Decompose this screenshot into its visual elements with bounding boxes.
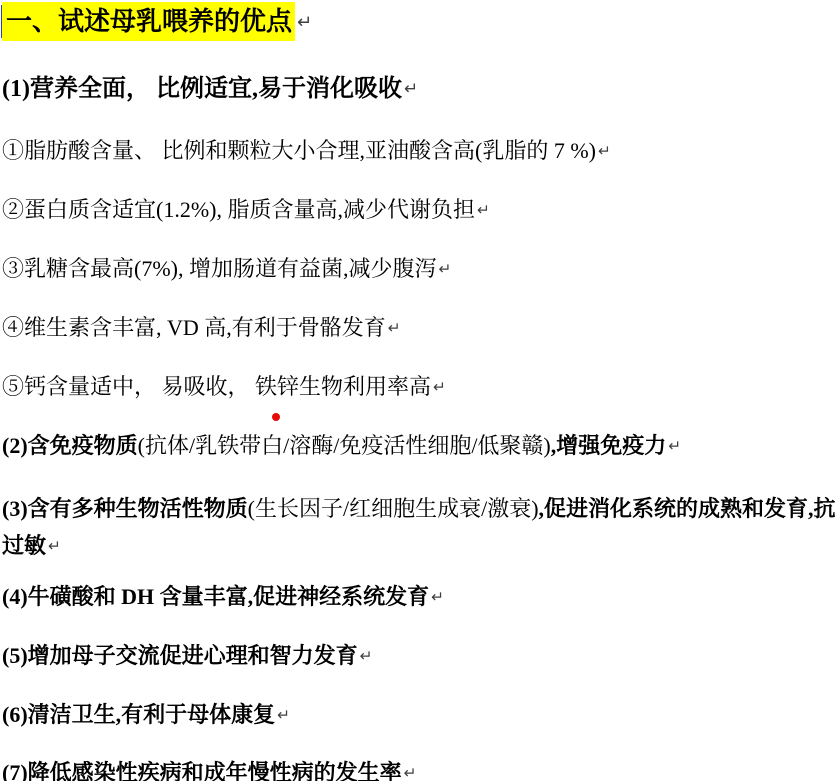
paragraph-mark-icon: ↵ bbox=[431, 378, 446, 396]
paragraph-sub-4: ④维生素含丰富, VD 高,有利于骨骼发育↵ bbox=[2, 313, 838, 343]
paragraph-point-1: (1)营养全面， 比例适宜,易于消化吸收↵ bbox=[2, 72, 838, 105]
text-run: ③乳糖含最高(7%), 增加肠道有益菌,减少腹泻 bbox=[2, 256, 436, 281]
red-dot-annotation bbox=[272, 413, 280, 421]
paragraph-title: 一、试述母乳喂养的优点↵ bbox=[2, 4, 838, 40]
text-run: (4)牛磺酸和 DH 含量丰富,促进神经系统发育 bbox=[2, 584, 429, 609]
text-run: (抗体/乳铁带白/溶酶/免疫活性细胞/低聚赣) bbox=[138, 433, 551, 458]
paragraph-point-3: (3)含有多种生物活性物质(生长因子/红细胞生成衰/激衰),促进消化系统的成熟和… bbox=[2, 490, 838, 565]
paragraph-sub-1: ①脂肪酸含量、 比例和颗粒大小合理,亚油酸含高(乳脂的 7 %)↵ bbox=[2, 136, 838, 166]
paragraph-mark-icon: ↵ bbox=[386, 319, 401, 337]
text-run: (1)营养全面， 比例适宜,易于消化吸收 bbox=[2, 76, 402, 102]
text-run: ,增强免疫力 bbox=[551, 433, 667, 458]
paragraph-mark-icon: ↵ bbox=[358, 647, 373, 665]
paragraph-point-2: (2)含免疫物质(抗体/乳铁带白/溶酶/免疫活性细胞/低聚赣),增强免疫力↵ bbox=[2, 431, 838, 461]
paragraph-sub-5: ⑤钙含量适中， 易吸收， 铁锌生物利用率高↵ bbox=[2, 372, 838, 402]
text-run: (2)含免疫物质 bbox=[2, 433, 138, 458]
text-run: ①脂肪酸含量、 比例和颗粒大小合理,亚油酸含高(乳脂的 7 %) bbox=[2, 138, 596, 163]
paragraph-sub-3: ③乳糖含最高(7%), 增加肠道有益菌,减少腹泻↵ bbox=[2, 254, 838, 284]
paragraph-mark-icon: ↵ bbox=[295, 12, 312, 33]
text-run: (7)降低感染性疾病和成年慢性病的发生率 bbox=[2, 760, 402, 781]
text-run: (6)清洁卫生,有利于母体康复 bbox=[2, 702, 275, 727]
text-run: (生长因子/红细胞生成衰/激衰) bbox=[248, 496, 539, 521]
paragraph-mark-icon: ↵ bbox=[596, 142, 611, 160]
text-run: ④维生素含丰富, VD 高,有利于骨骼发育 bbox=[2, 315, 386, 340]
paragraph-mark-icon: ↵ bbox=[402, 764, 417, 781]
paragraph-point-6: (6)清洁卫生,有利于母体康复↵ bbox=[2, 700, 838, 730]
paragraph-mark-icon: ↵ bbox=[275, 706, 290, 724]
text-run: ⑤钙含量适中， 易吸收， 铁锌生物利用率高 bbox=[2, 374, 431, 399]
text-run: (3)含有多种生物活性物质 bbox=[2, 496, 248, 521]
text-run: 一、试述母乳喂养的优点 bbox=[2, 2, 295, 41]
text-run: ②蛋白质含适宜(1.2%), 脂质含量高,减少代谢负担 bbox=[2, 197, 475, 222]
paragraph-mark-icon: ↵ bbox=[475, 201, 490, 219]
paragraph-point-7: (7)降低感染性疾病和成年慢性病的发生率↵ bbox=[2, 758, 838, 781]
paragraph-sub-2: ②蛋白质含适宜(1.2%), 脂质含量高,减少代谢负担↵ bbox=[2, 195, 838, 225]
paragraph-mark-icon: ↵ bbox=[429, 588, 444, 606]
paragraph-point-4: (4)牛磺酸和 DH 含量丰富,促进神经系统发育↵ bbox=[2, 582, 838, 612]
paragraph-mark-icon: ↵ bbox=[46, 537, 61, 555]
document-body[interactable]: 一、试述母乳喂养的优点↵(1)营养全面， 比例适宜,易于消化吸收↵①脂肪酸含量、… bbox=[0, 0, 838, 781]
paragraph-point-5: (5)增加母子交流促进心理和智力发育↵ bbox=[2, 641, 838, 671]
paragraph-mark-icon: ↵ bbox=[436, 260, 451, 278]
text-run: (5)增加母子交流促进心理和智力发育 bbox=[2, 643, 358, 668]
paragraph-mark-icon: ↵ bbox=[402, 78, 418, 98]
paragraph-mark-icon: ↵ bbox=[666, 437, 681, 455]
